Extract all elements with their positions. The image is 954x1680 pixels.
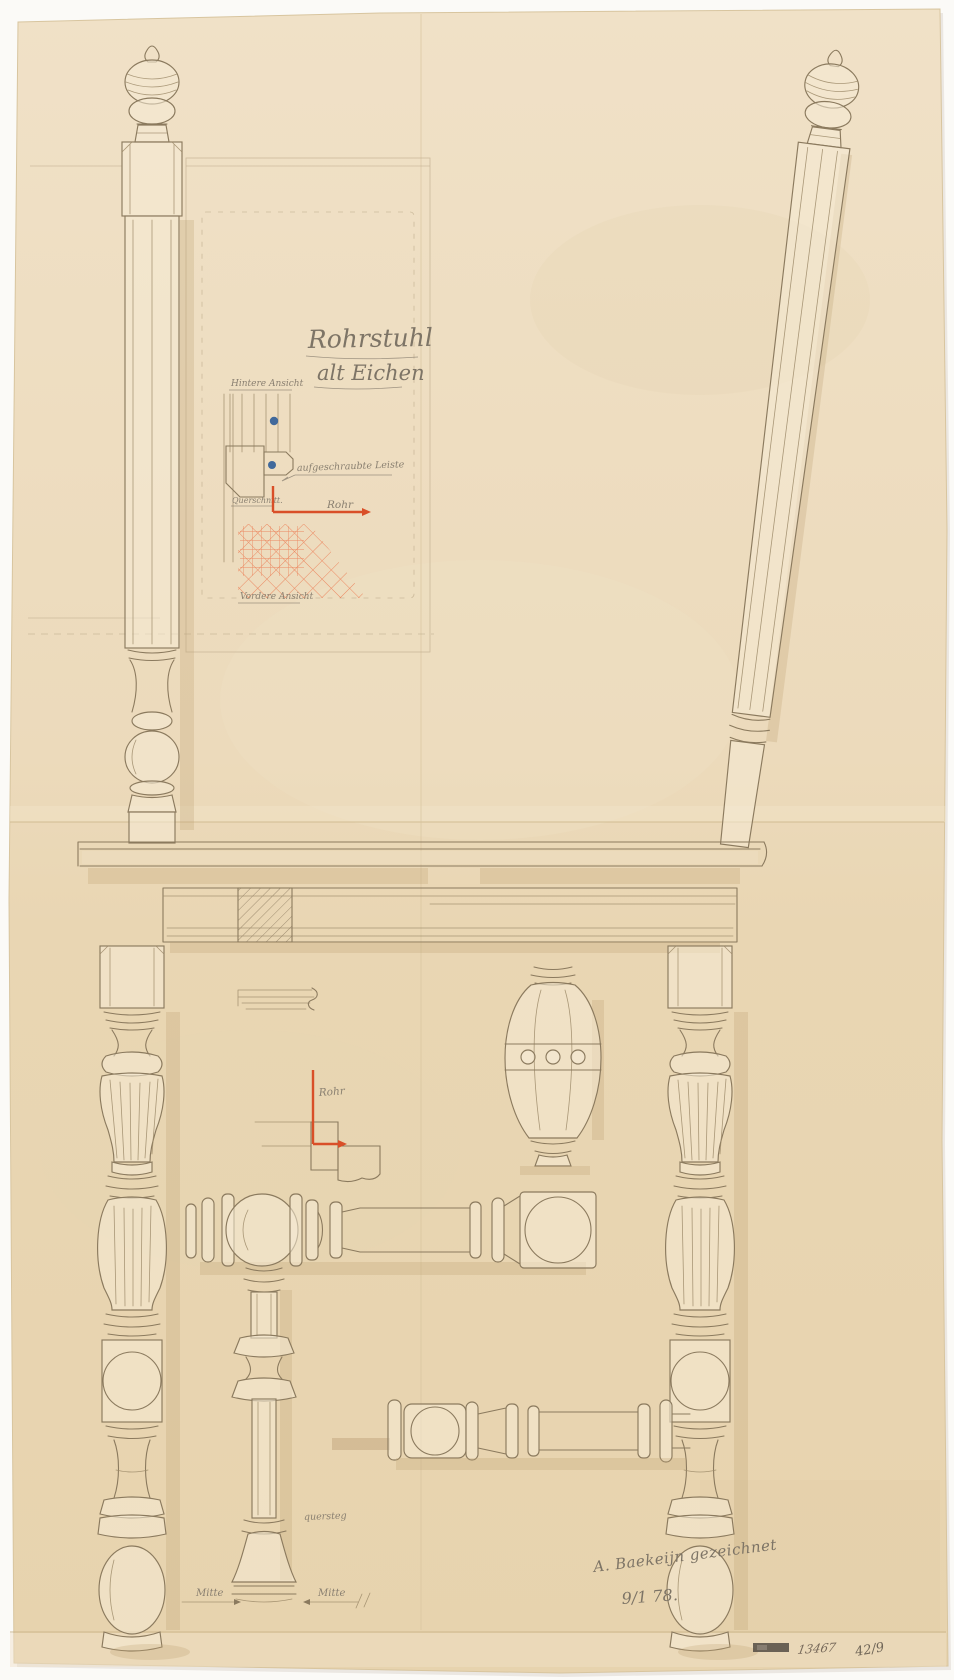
- label-rohr-top: Rohr: [326, 499, 354, 511]
- title-line1: Rohrstuhl: [307, 323, 433, 354]
- label-mitte-left: Mitte: [195, 1588, 223, 1599]
- label-rohr-middle: Rohr: [317, 1085, 346, 1099]
- stamp-number: 13467: [796, 1640, 837, 1657]
- cane-peg-dot-2: [268, 461, 276, 469]
- label-mitte-right: Mitte: [317, 1588, 345, 1599]
- label-querschnitt: Querschnitt.: [232, 496, 283, 505]
- scanned-drawing-sheet: Rohrstuhl alt Eichen Hintere Ansicht Que…: [0, 0, 954, 1680]
- title-line2: alt Eichen: [317, 361, 425, 385]
- label-quersteg: quersteg: [304, 1511, 347, 1523]
- cane-peg-dot-1: [270, 417, 278, 425]
- chair-construction-drawing: Rohrstuhl alt Eichen Hintere Ansicht Que…: [0, 0, 954, 1680]
- apron-mortise-hatch: [238, 888, 292, 942]
- label-vordere-ansicht: Vordere Ansicht: [240, 592, 314, 602]
- signature-date: 9/1 78.: [621, 1585, 678, 1608]
- label-hintere-ansicht: Hintere Ansicht: [230, 379, 304, 389]
